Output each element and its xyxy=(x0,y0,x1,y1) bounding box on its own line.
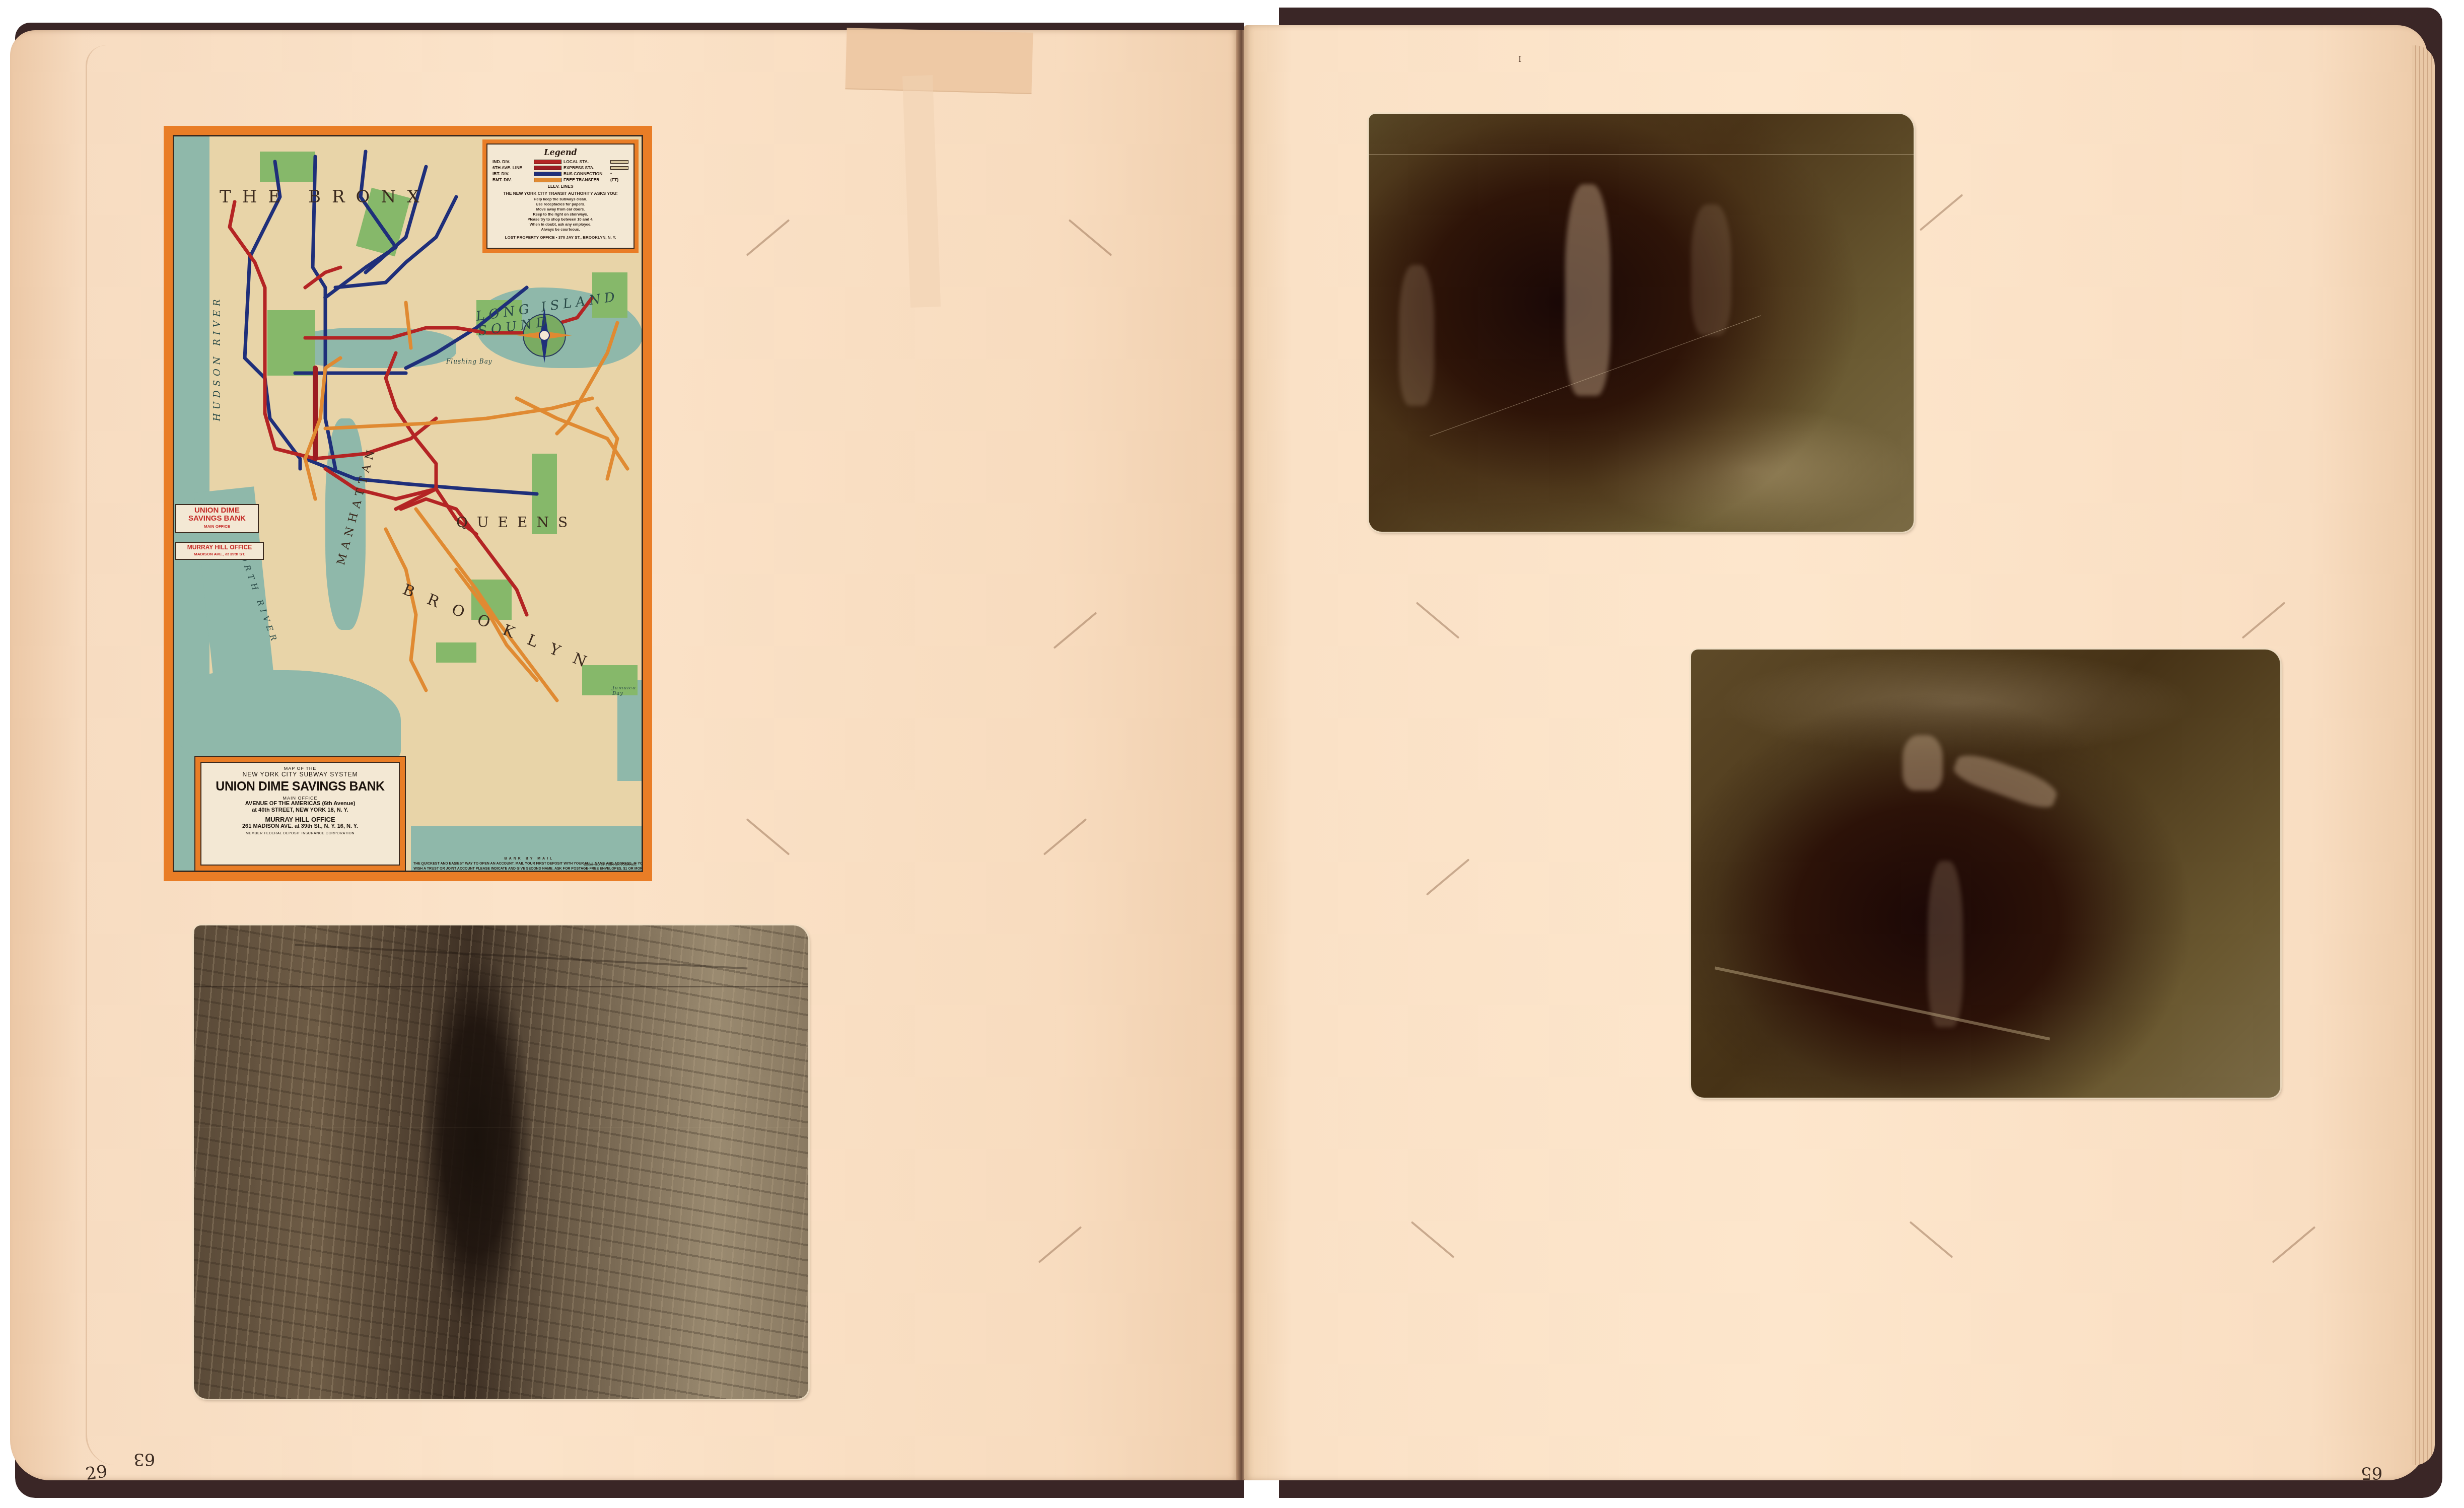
map-designer-credit: DESIGNED BY STEPHEN VOORHIES xyxy=(584,864,637,867)
cartouche-main-office: MAIN OFFICE xyxy=(201,796,399,801)
figure-silhouette xyxy=(1565,184,1610,396)
region-label-queens: QUEENS xyxy=(456,514,577,531)
photo-swimmer xyxy=(1691,650,2280,1098)
branch-streak xyxy=(1715,966,2050,1040)
subway-map-body: THE BRONX QUEENS BROOKLYN MANHATTAN LONG… xyxy=(173,135,643,872)
bank-sign-line2: SAVINGS BANK xyxy=(179,515,255,523)
cartouche-line1: MAP OF THE xyxy=(201,766,399,771)
photo-figures-in-woods xyxy=(1369,114,1914,532)
rule: Please try to shop between 10 and 4. xyxy=(492,217,628,222)
rule: Keep to the right on stairways. xyxy=(492,212,628,217)
figure-silhouette xyxy=(1399,265,1434,406)
water-label-flushing-bay: Flushing Bay xyxy=(446,358,492,365)
page-edges-stack xyxy=(2412,45,2435,1465)
legend-line-label: BMT. DIV. xyxy=(492,177,532,182)
swimmer-body xyxy=(1928,861,1963,1027)
map-title-cartouche: MAP OF THE NEW YORK CITY SUBWAY SYSTEM U… xyxy=(194,756,406,872)
cartouche-murray-hill: MURRAY HILL OFFICE xyxy=(201,816,399,823)
top-mark: I xyxy=(1518,54,1521,64)
legend-title: Legend xyxy=(492,148,628,157)
scratch xyxy=(194,1127,808,1127)
lost-property-office: LOST PROPERTY OFFICE • 370 JAY ST., BROO… xyxy=(492,235,628,240)
subway-map: THE BRONX QUEENS BROOKLYN MANHATTAN LONG… xyxy=(164,126,652,881)
murray-sign-sub: MADISON AVE., at 39th ST. xyxy=(179,551,260,557)
legend-line-label: 6TH AVE. LINE xyxy=(492,165,532,170)
figure-silhouette xyxy=(1691,204,1731,335)
sixth-ave-swatch xyxy=(534,166,561,170)
legend-symbol-label: FREE TRANSFER xyxy=(564,177,608,182)
cartouche-bank-name: UNION DIME SAVINGS BANK xyxy=(201,779,399,794)
wire-bundle xyxy=(194,986,808,987)
rule: Move away from car doors. xyxy=(492,207,628,212)
legend-symbol-label: BUS CONNECTION xyxy=(564,171,608,176)
handwritten-page-number: 65 xyxy=(2361,1463,2382,1483)
free-transfer-glyph: (FT) xyxy=(610,177,628,182)
bmt-swatch xyxy=(534,178,561,182)
handwritten-page-number: 29 xyxy=(84,1461,108,1484)
legend-asks-heading: THE NEW YORK CITY TRANSIT AUTHORITY ASKS… xyxy=(492,191,628,196)
rule: Help keep the subways clean. xyxy=(492,197,628,202)
water-label-jamaica-bay: Jamaica Bay xyxy=(612,685,642,696)
legend-line-label: IND. DIV. xyxy=(492,159,532,164)
region-label-bronx: THE BRONX xyxy=(220,187,430,207)
bank-sign-main-office: UNION DIME SAVINGS BANK MAIN OFFICE xyxy=(175,504,259,533)
cartouche-fdic: MEMBER FEDERAL DEPOSIT INSURANCE CORPORA… xyxy=(201,832,399,835)
rule: Always be courteous. xyxy=(492,227,628,232)
swimmer-head xyxy=(1903,735,1943,791)
wire-bundle xyxy=(295,944,748,969)
legend-rules: Help keep the subways clean. Use recepta… xyxy=(492,197,628,232)
water-label-hudson: HUDSON RIVER xyxy=(212,295,223,421)
bank-by-mail-heading: BANK BY MAIL xyxy=(411,856,643,861)
legend-elev-lines: ELEV. LINES xyxy=(492,184,628,189)
express-station-symbol xyxy=(610,166,628,170)
bank-sign-line1: UNION DIME xyxy=(179,507,255,515)
scratch xyxy=(1369,154,1914,155)
cartouche-address1: AVENUE OF THE AMERICAS (6th Avenue) xyxy=(201,801,399,807)
handwritten-page-number: 63 xyxy=(133,1449,155,1469)
irt-swatch xyxy=(534,172,561,176)
bank-sign-sub: MAIN OFFICE xyxy=(179,523,255,531)
photo-switch-room xyxy=(194,925,808,1399)
swimmer-arm xyxy=(1951,748,2061,813)
local-station-symbol xyxy=(610,160,628,164)
cartouche-address2: at 40th STREET, NEW YORK 18, N. Y. xyxy=(201,807,399,814)
rule: When in doubt, ask any employee. xyxy=(492,222,628,227)
bus-connection-glyph: • xyxy=(610,171,628,176)
legend-symbol-label: EXPRESS STA. xyxy=(564,165,608,170)
bank-sign-murray-hill: MURRAY HILL OFFICE MADISON AVE., at 39th… xyxy=(175,542,264,560)
legend-line-label: IRT. DIV. xyxy=(492,171,532,176)
cartouche-murray-address: 261 MADISON AVE. at 39th St., N. Y. 16, … xyxy=(201,823,399,830)
adhesive-tape xyxy=(845,28,1033,94)
map-legend: Legend IND. DIV. LOCAL STA. 6TH AVE. LIN… xyxy=(482,139,639,253)
ind-swatch xyxy=(534,160,561,164)
rule: Use receptacles for papers. xyxy=(492,202,628,207)
murray-sign-line1: MURRAY HILL OFFICE xyxy=(179,544,260,551)
cartouche-line2: NEW YORK CITY SUBWAY SYSTEM xyxy=(201,771,399,778)
legend-symbol-label: LOCAL STA. xyxy=(564,159,608,164)
